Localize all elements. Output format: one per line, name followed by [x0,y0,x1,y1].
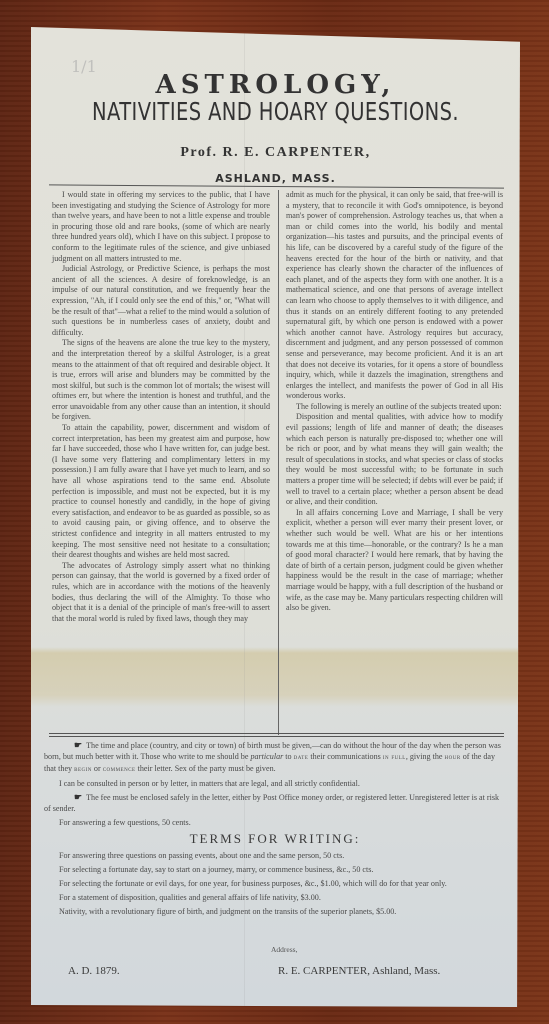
few-questions-price: For answering a few questions, 50 cents. [44,817,506,828]
terms-section: ☛The time and place (country, and city o… [44,740,506,920]
section-rule-double [49,736,504,737]
broadside-page: 1/1 ASTROLOGY, NATIVITIES AND HOARY QUES… [31,27,520,1007]
address-label: Address, [271,945,297,954]
paragraph: Disposition and mental qualities, with a… [286,412,503,507]
term-item: For selecting the fortunate or evil days… [44,878,506,889]
pointing-hand-icon: ☛ [59,740,82,751]
location: ASHLAND, MASS. [31,172,520,185]
notice-fee: ☛The fee must be enclosed safely in the … [44,792,506,814]
paragraph: In all affairs concerning Love and Marri… [286,508,503,614]
signature: R. E. CARPENTER, Ashland, Mass. [278,965,440,977]
author: Prof. R. E. CARPENTER, [31,145,520,161]
term-item: For answering three questions on passing… [44,850,506,861]
paragraph: admit as much for the physical, it can o… [286,190,503,402]
title: ASTROLOGY, [31,70,520,100]
notice-consult: I can be consulted in person or by lette… [44,778,506,789]
pointing-hand-icon: ☛ [59,792,82,803]
section-rule [49,733,504,734]
notice-birth: ☛The time and place (country, and city o… [44,740,506,775]
body-columns: I would state in offering my services to… [52,190,502,735]
left-column: I would state in offering my services to… [52,190,270,624]
column-divider [278,190,279,735]
subtitle: NATIVITIES AND HOARY QUESTIONS. [85,97,466,126]
paragraph: Judicial Astrology, or Predictive Scienc… [52,264,270,338]
header-rule [49,184,504,188]
date: A. D. 1879. [68,965,120,977]
paragraph: I would state in offering my services to… [52,190,270,264]
term-item: Nativity, with a revolutionary figure of… [44,906,506,917]
term-item: For selecting a fortunate day, say to st… [44,864,506,875]
paragraph: The advocates of Astrology simply assert… [52,561,270,625]
right-column: admit as much for the physical, it can o… [286,190,503,614]
paragraph: The signs of the heavens are alone the t… [52,338,270,423]
paragraph: The following is merely an outline of th… [286,402,503,413]
paragraph: To attain the capability, power, discern… [52,423,270,561]
term-item: For a statement of disposition, qualitie… [44,892,506,903]
terms-heading: TERMS FOR WRITING: [44,831,506,847]
